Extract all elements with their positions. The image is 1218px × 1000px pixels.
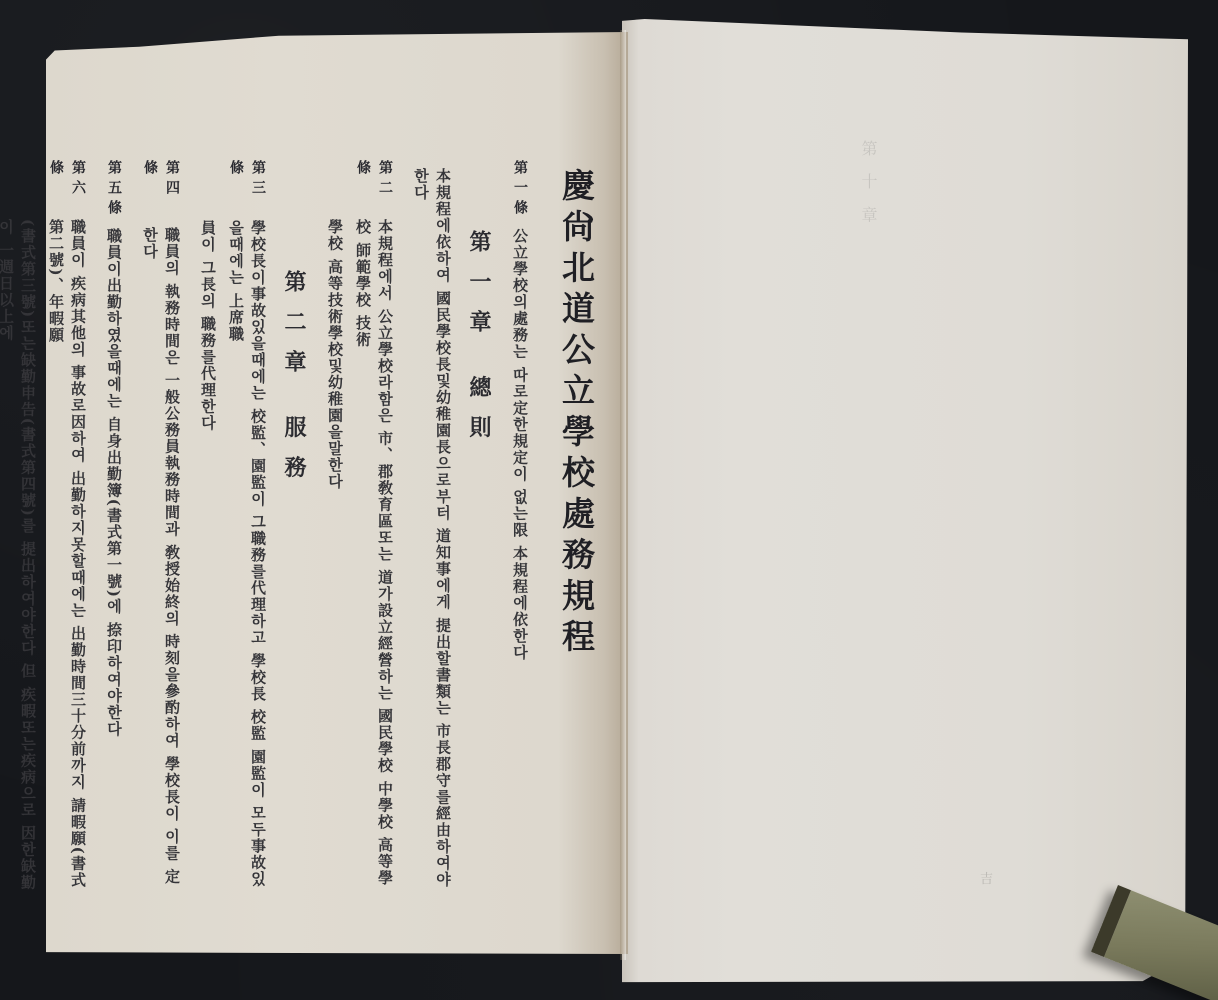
article-line: 本規程에依하여 國民學校長및幼稚園長으로부터 道知事에게 提出할書類는 市長郡守… <box>410 168 454 900</box>
book-gutter <box>620 30 626 960</box>
article-number: 第一條 <box>509 160 531 220</box>
article-body: 公立學校의處務는 따로定한規定이 없는限 本規程에依한다 <box>503 228 531 661</box>
article-line: 公立學校의處務는 따로定한規定이 없는限 本規程에依한다 <box>509 228 531 661</box>
article-1-cont: 本規程에依하여 國民學校長및幼稚園長으로부터 道知事에게 提出할書類는 市長郡守… <box>404 160 454 900</box>
article-line: 學校 高等技術學校및幼稚園을말한다 <box>324 219 346 900</box>
article-line: 職員이出勤하였을때에는 自身出勤簿(書式第一號)에 捺印하여야한다 <box>103 228 125 737</box>
article-body: 本規程에依하여 國民學校長및幼稚園長으로부터 道知事에게 提出할書類는 市長郡守… <box>404 168 454 900</box>
article-body: 學校長이事故있을때에는 校監、園監이 그職務를代理하고 學校長 校監 園監이 모… <box>191 220 269 900</box>
article-3: 第三條 學校長이事故있을때에는 校監、園監이 그職務를代理하고 學校長 校監 園… <box>191 160 269 900</box>
chapter-heading: 第二章 服務 <box>279 270 310 900</box>
article-line: 員이 그長의 職務를代理한다 <box>197 220 219 900</box>
article-body: 職員의 執務時間은 一般公務員執務時間과 敎授始終의 時刻을參酌하여 學校長이 … <box>133 227 183 900</box>
article-number: 第五條 <box>103 160 125 220</box>
article-5: 第五條 職員이出勤하였을때에는 自身出勤簿(書式第一號)에 捺印하여야한다 <box>97 160 125 900</box>
article-number: 第四條 <box>161 160 183 219</box>
article-body: 本規程에서 公立學校라함은 市、郡敎育區또는 道가設立經營하는 國民學校 中學校… <box>318 219 396 900</box>
article-6: 第六條 職員이 疾病其他의 事故로因하여 出勤하지못할때에는 出勤時間三十分前까… <box>0 160 89 900</box>
right-page-blank <box>622 18 1188 986</box>
right-page-bleed-through-text: 第 十 章 <box>760 140 880 250</box>
article-line: 職員의 執務時間은 一般公務員執務時間과 敎授始終의 時刻을參酌하여 學校長이 … <box>139 227 183 900</box>
article-1: 第一條 公立學校의處務는 따로定한規定이 없는限 本規程에依한다 <box>503 160 531 900</box>
article-number: 第六條 <box>67 160 89 211</box>
article-4: 第四條 職員의 執務時間은 一般公務員執務時間과 敎授始終의 時刻을參酌하여 學… <box>133 160 183 900</box>
article-body: 職員이出勤하였을때에는 自身出勤簿(書式第一號)에 捺印하여야한다 <box>97 228 125 737</box>
article-2: 第二條 本規程에서 公立學校라함은 市、郡敎育區또는 道가設立經營하는 國民學校… <box>318 160 396 900</box>
article-number: 第二條 <box>374 160 396 211</box>
document-title: 慶尙北道公立學校處務規程 <box>553 168 600 900</box>
article-line: (書式第三號)또는缺勤申告(書式第四號)를 提出하여야한다 但 疾暇또는疾病으로… <box>0 219 39 900</box>
article-line: 本規程에서 公立學校라함은 市、郡敎育區또는 道가設立經營하는 國民學校 中學校… <box>352 219 396 900</box>
article-line: 學校長이事故있을때에는 校監、園監이 그職務를代理하고 學校長 校監 園監이 모… <box>225 220 269 900</box>
right-page-corner-mark: 吉 <box>980 868 993 887</box>
article-number: 第三條 <box>247 160 269 212</box>
vertical-text-block: 慶尙北道公立學校處務規程 第一條 公立學校의處務는 따로定한規定이 없는限 本規… <box>90 160 600 900</box>
article-body: 職員이 疾病其他의 事故로因하여 出勤하지못할때에는 出勤時間三十分前까지 請暇… <box>0 219 89 900</box>
article-line: 職員이 疾病其他의 事故로因하여 出勤하지못할때에는 出勤時間三十分前까지 請暇… <box>45 219 89 900</box>
chapter-heading: 第一章 總則 <box>464 230 495 900</box>
